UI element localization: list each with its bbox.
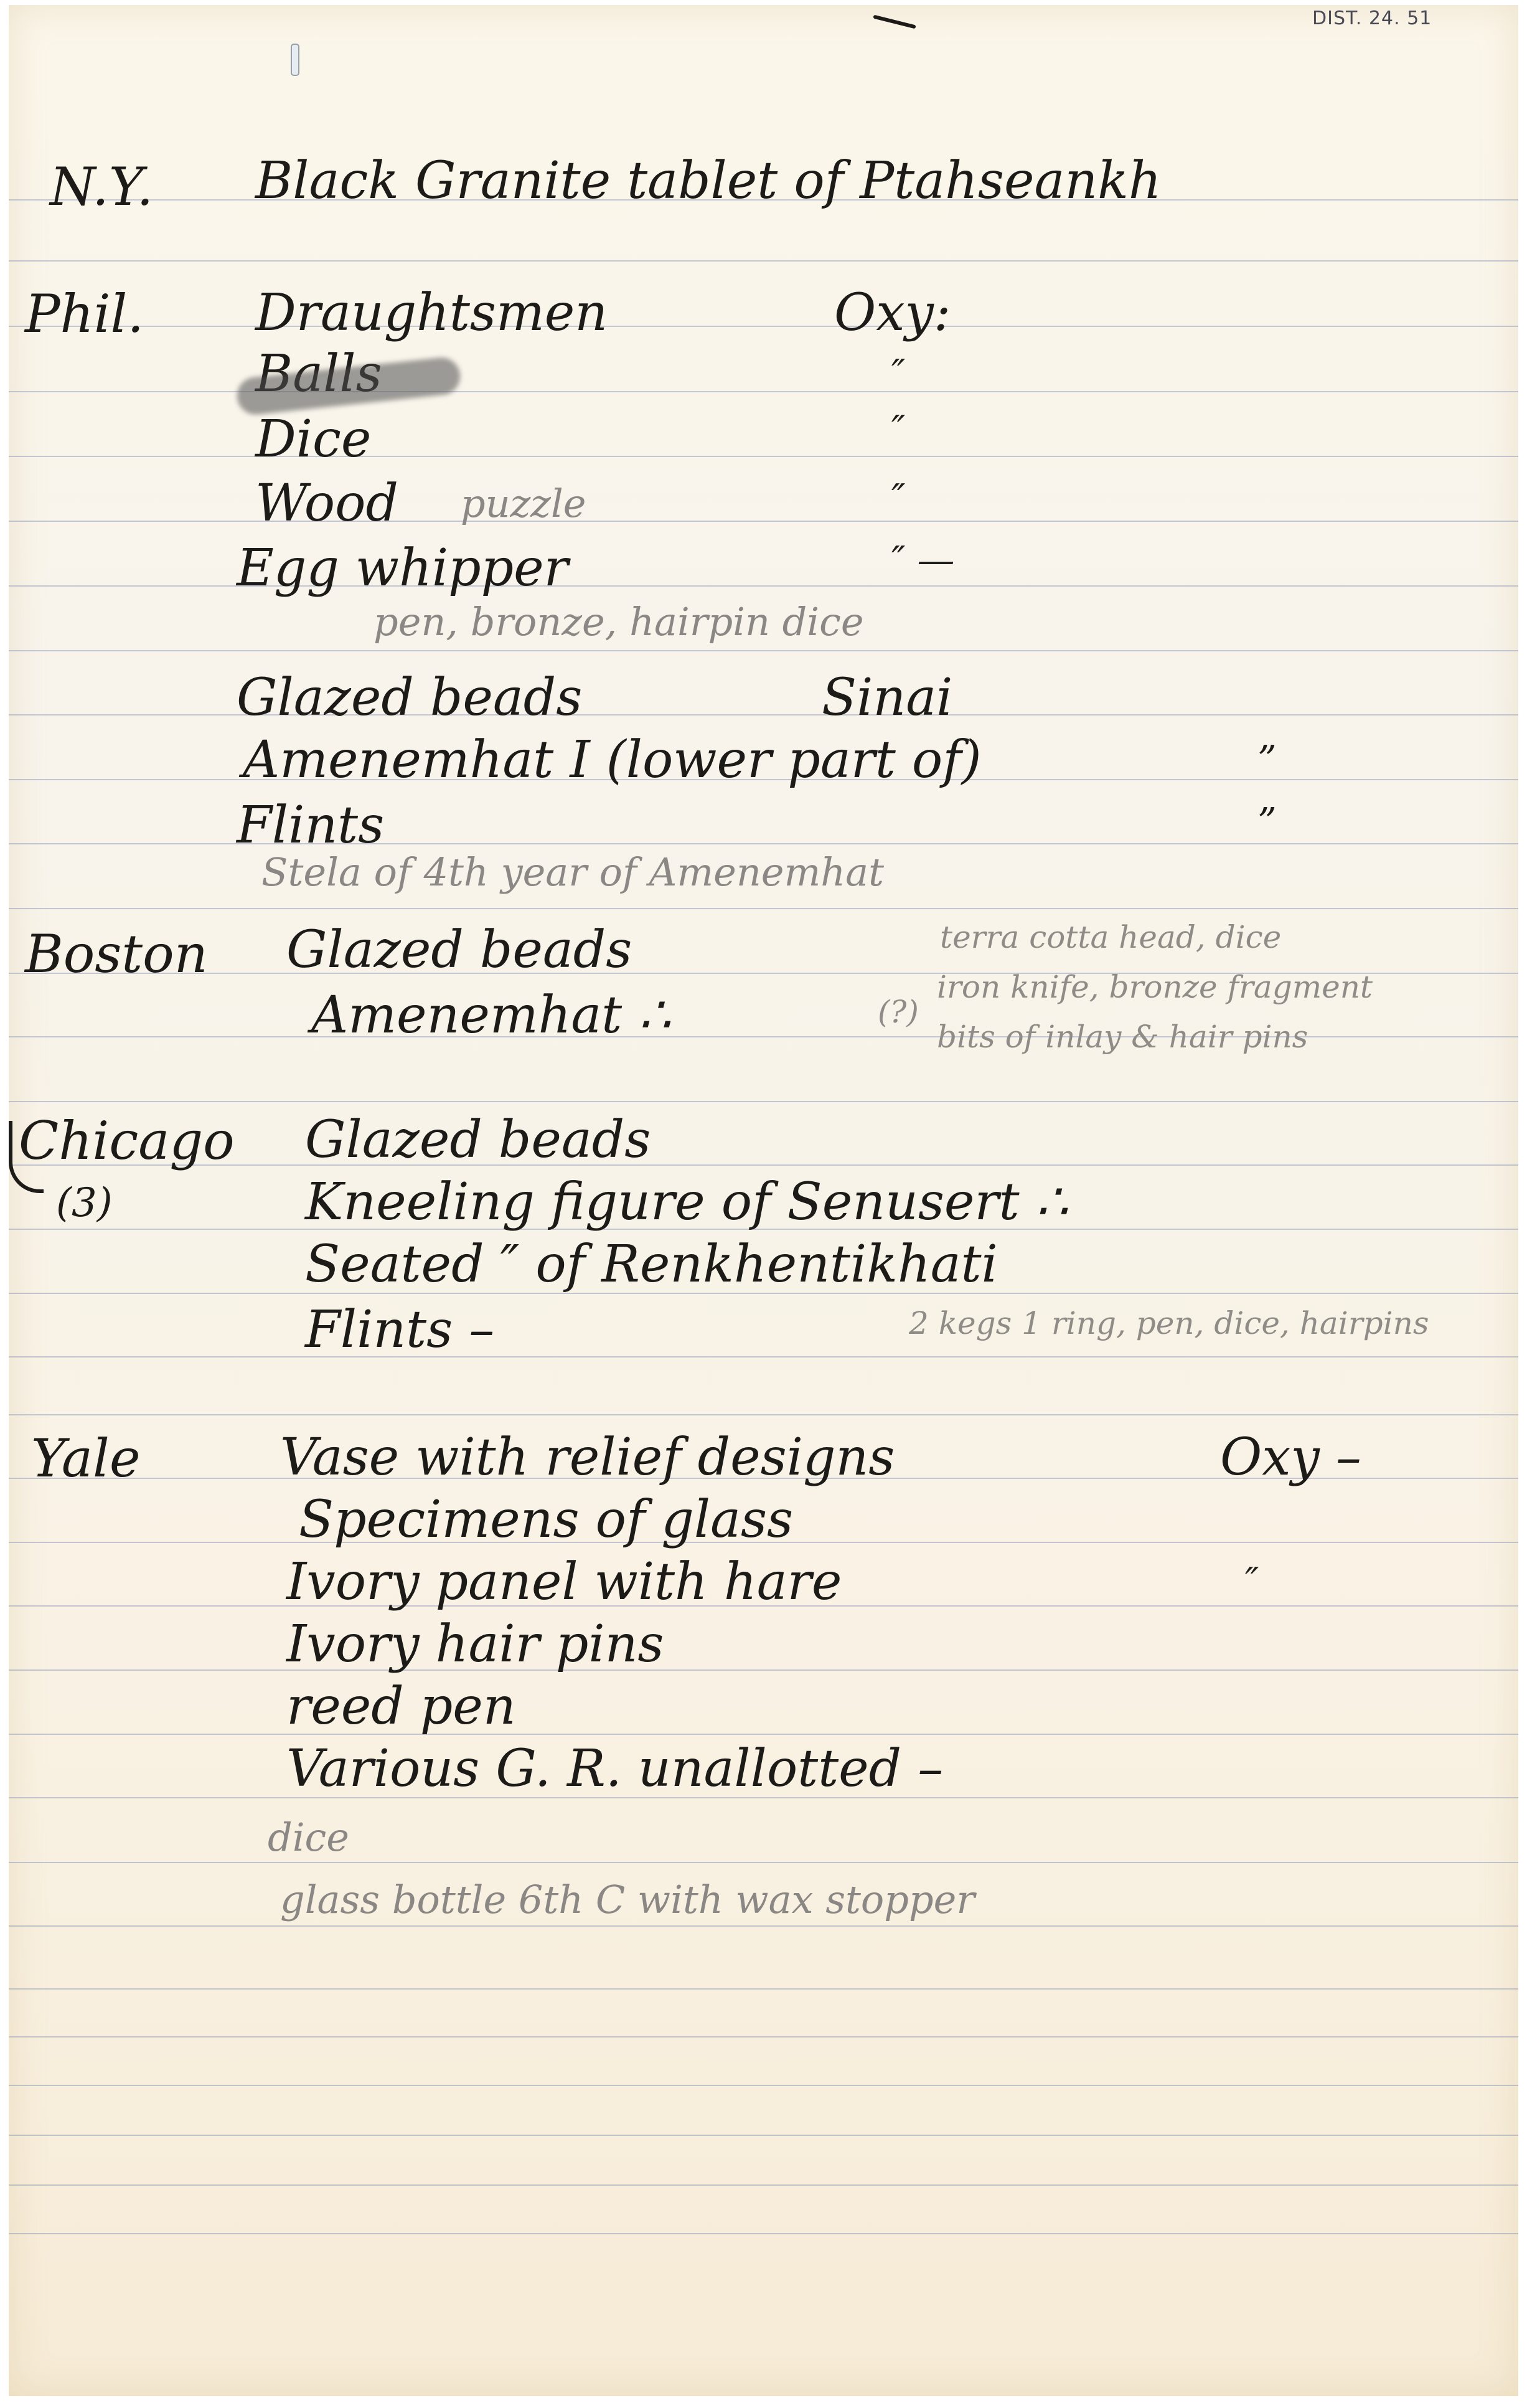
ditto-mark: ”	[1257, 741, 1277, 778]
ruled-line	[9, 1164, 1518, 1166]
item-phil-glazed-beads: Glazed beads	[237, 673, 582, 724]
ruled-line	[9, 1101, 1518, 1102]
ruled-line	[9, 1862, 1518, 1863]
pencil-note-pen-bronze: pen, bronze, hairpin dice	[374, 603, 864, 641]
pencil-query-mark: (?)	[878, 996, 919, 1027]
ditto-mark: ″	[1245, 1563, 1259, 1600]
item-phil-egg-whipper: Egg whipper	[237, 543, 568, 594]
pencil-note-chicago: 2 kegs 1 ring, pen, dice, hairpins	[909, 1308, 1429, 1339]
punch-hole	[291, 44, 299, 76]
institution-boston: Boston	[25, 928, 208, 980]
ruled-line	[9, 585, 1518, 587]
ruled-line	[9, 908, 1518, 909]
institution-yale: Yale	[31, 1432, 141, 1485]
item-yale-ivory-panel: Ivory panel with hare	[286, 1557, 842, 1608]
catalog-stamp: DIST. 24. 51	[1312, 7, 1432, 29]
ruled-line	[9, 650, 1518, 651]
ruled-line	[9, 714, 1518, 715]
ditto-mark: ″	[891, 479, 905, 517]
ditto-mark-dash: ″ —	[891, 542, 954, 579]
mark-phil-sinai: Sinai	[822, 673, 952, 724]
ditto-mark: ″	[891, 355, 905, 392]
ruled-line	[9, 1356, 1518, 1357]
ruled-line	[9, 2036, 1518, 2037]
pencil-note-stela: Stela of 4th year of Amenemhat	[261, 853, 884, 892]
item-yale-glass-specimens: Specimens of glass	[299, 1494, 793, 1546]
item-chicago-flints: Flints –	[305, 1305, 494, 1356]
ruled-line	[9, 521, 1518, 522]
ruled-line	[9, 326, 1518, 327]
ruled-line	[9, 843, 1518, 844]
ruled-line	[9, 2135, 1518, 2136]
item-phil-wood: Wood	[255, 478, 398, 529]
pencil-note-boston-2: iron knife, bronze fragment	[937, 971, 1373, 1003]
pencil-note-boston-1: terra cotta head, dice	[940, 922, 1281, 953]
ruled-line	[9, 260, 1518, 262]
item-chicago-kneeling-figure: Kneeling figure of Senusert ∴	[305, 1177, 1068, 1228]
item-yale-various-unallotted: Various G. R. unallotted –	[286, 1744, 943, 1795]
item-yale-ivory-hair-pins: Ivory hair pins	[286, 1619, 664, 1670]
chicago-count: (3)	[56, 1183, 113, 1223]
item-chicago-glazed-beads: Glazed beads	[305, 1115, 651, 1166]
item-boston-amenemhat: Amenemhat ∴	[311, 990, 670, 1041]
ruled-line	[9, 456, 1518, 457]
ruled-line	[9, 1414, 1518, 1415]
mark-phil-oxy: Oxy:	[834, 288, 951, 339]
institution-ny: N.Y.	[50, 161, 153, 213]
item-phil-dice: Dice	[255, 414, 371, 465]
ruled-line	[9, 2085, 1518, 2086]
institution-chicago: Chicago	[19, 1115, 235, 1167]
mark-yale-oxy: Oxy –	[1220, 1432, 1361, 1483]
institution-phil: Phil.	[25, 288, 144, 340]
item-chicago-seated-figure: Seated ″ of Renkhentikhati	[305, 1239, 998, 1290]
pencil-addition-puzzle: puzzle	[461, 484, 586, 523]
item-phil-flints: Flints	[237, 800, 384, 851]
ruled-line	[9, 1669, 1518, 1671]
ruled-line	[9, 2233, 1518, 2234]
pencil-note-boston-3: bits of inlay & hair pins	[937, 1021, 1308, 1052]
ruled-line	[9, 1734, 1518, 1735]
item-ny-granite-tablet: Black Granite tablet of Ptahseankh	[255, 156, 1162, 207]
item-phil-draughtsmen: Draughtsmen	[255, 288, 608, 339]
ruled-line	[9, 1988, 1518, 1990]
ruled-line	[9, 1925, 1518, 1927]
ditto-mark: ”	[1257, 803, 1277, 841]
ruled-line	[9, 2184, 1518, 2186]
pencil-note-yale-dice: dice	[268, 1818, 349, 1857]
item-yale-vase: Vase with relief designs	[280, 1432, 895, 1483]
item-boston-glazed-beads: Glazed beads	[286, 925, 632, 976]
ditto-mark: ″	[891, 411, 905, 448]
item-yale-reed-pen: reed pen	[286, 1681, 516, 1732]
pencil-note-yale-glass-bottle: glass bottle 6th C with wax stopper	[280, 1881, 975, 1919]
item-phil-amenemhat: Amenemhat I (lower part of)	[243, 735, 982, 786]
